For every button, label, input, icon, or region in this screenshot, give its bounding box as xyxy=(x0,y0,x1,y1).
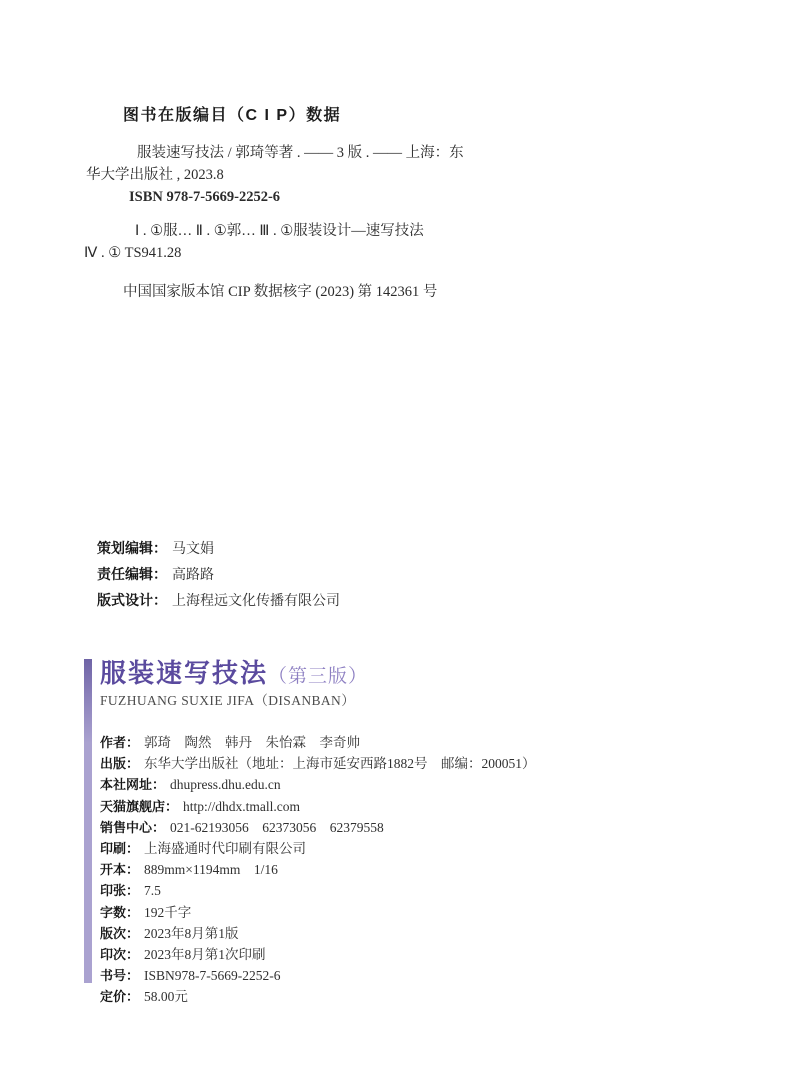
row-value: http://dhdx.tmall.com xyxy=(183,799,300,814)
row-value: 7.5 xyxy=(144,883,161,898)
row-label: 印次： xyxy=(100,947,139,962)
cip-isbn-line: ISBN 978-7-5669-2252-6 xyxy=(84,186,504,208)
row-value: 021-62193056 62373056 62379558 xyxy=(170,820,384,835)
editor-row-planning: 策划编辑：马文娟 xyxy=(97,536,340,562)
cip-record-number-line: 中国国家版本馆 CIP 数据核字 (2023) 第 142361 号 xyxy=(84,281,504,303)
row-label: 作者： xyxy=(100,735,139,750)
row-value: 889mm×1194mm 1/16 xyxy=(144,862,278,877)
editor-value: 上海程远文化传播有限公司 xyxy=(172,594,340,609)
row-label: 书号： xyxy=(100,968,139,983)
colophon-row-format: 开本：889mm×1194mm 1/16 xyxy=(100,859,724,880)
row-value: 郭琦 陶然 韩丹 朱怡霖 李奇帅 xyxy=(144,735,360,750)
row-value: ISBN978-7-5669-2252-6 xyxy=(144,968,281,983)
book-title-edition: （第三版） xyxy=(268,666,368,687)
row-label: 字数： xyxy=(100,905,139,920)
colophon-row-isbn: 书号：ISBN978-7-5669-2252-6 xyxy=(100,965,724,986)
editor-label: 责任编辑： xyxy=(97,566,167,582)
editor-label: 策划编辑： xyxy=(97,540,167,556)
row-label: 本社网址： xyxy=(100,777,165,792)
row-label: 印张： xyxy=(100,883,139,898)
colophon-block: 服装速写技法（第三版） FUZHUANG SUXIE JIFA（DISANBAN… xyxy=(84,653,724,1008)
editors-block: 策划编辑：马文娟 责任编辑：高路路 版式设计：上海程远文化传播有限公司 xyxy=(97,536,340,614)
row-value: 2023年8月第1次印刷 xyxy=(144,947,266,962)
row-label: 销售中心： xyxy=(100,820,165,835)
editor-value: 高路路 xyxy=(172,568,214,583)
cip-catalog-line-1: 服装速写技法 / 郭琦等著 . —— 3 版 . —— 上海：东 xyxy=(84,142,504,164)
row-label: 天猫旗舰店： xyxy=(100,799,178,814)
row-label: 出版： xyxy=(100,756,139,771)
row-label: 开本： xyxy=(100,862,139,877)
cip-class-line-1: Ⅰ . ①服… Ⅱ . ①郭… Ⅲ . ①服装设计—速写技法 xyxy=(84,220,504,242)
colophon-row-tmall-store: 天猫旗舰店：http://dhdx.tmall.com xyxy=(100,796,724,817)
row-value: 58.00元 xyxy=(144,989,188,1004)
colophon-row-sales-center: 销售中心：021-62193056 62373056 62379558 xyxy=(100,817,724,838)
book-copyright-page: 图书在版编目（C I P）数据 服装速写技法 / 郭琦等著 . —— 3 版 .… xyxy=(0,0,800,1085)
colophon-body: 服装速写技法（第三版） FUZHUANG SUXIE JIFA（DISANBAN… xyxy=(100,653,724,1008)
row-label: 印刷： xyxy=(100,841,139,856)
row-label: 定价： xyxy=(100,989,139,1004)
cip-data-block: 图书在版编目（C I P）数据 服装速写技法 / 郭琦等著 . —— 3 版 .… xyxy=(84,102,504,303)
editor-label: 版式设计： xyxy=(97,592,167,608)
row-label: 版次： xyxy=(100,926,139,941)
book-title: 服装速写技法 xyxy=(100,658,268,688)
editor-row-layout-design: 版式设计：上海程远文化传播有限公司 xyxy=(97,588,340,614)
colophon-row-word-count: 字数：192千字 xyxy=(100,902,724,923)
colophon-row-publisher: 出版：东华大学出版社（地址：上海市延安西路1882号 邮编：200051） xyxy=(100,753,724,774)
row-value: 上海盛通时代印刷有限公司 xyxy=(144,841,306,856)
colophon-row-edition: 版次：2023年8月第1版 xyxy=(100,923,724,944)
colophon-row-website: 本社网址：dhupress.dhu.edu.cn xyxy=(100,774,724,795)
book-title-line: 服装速写技法（第三版） xyxy=(100,653,724,686)
book-title-pinyin: FUZHUANG SUXIE JIFA（DISANBAN） xyxy=(100,689,724,709)
purple-accent-bar xyxy=(84,659,92,983)
colophon-row-printing: 印次：2023年8月第1次印刷 xyxy=(100,944,724,965)
row-value: 192千字 xyxy=(144,905,191,920)
colophon-rows: 作者：郭琦 陶然 韩丹 朱怡霖 李奇帅 出版：东华大学出版社（地址：上海市延安西… xyxy=(100,732,724,1008)
row-value: 东华大学出版社（地址：上海市延安西路1882号 邮编：200051） xyxy=(144,756,536,771)
cip-class-line-2: Ⅳ . ① TS941.28 xyxy=(84,242,504,264)
colophon-row-authors: 作者：郭琦 陶然 韩丹 朱怡霖 李奇帅 xyxy=(100,732,724,753)
cip-catalog-line-2: 华大学出版社 , 2023.8 xyxy=(84,164,504,186)
row-value: dhupress.dhu.edu.cn xyxy=(170,777,281,792)
editor-row-responsible: 责任编辑：高路路 xyxy=(97,562,340,588)
colophon-row-price: 定价：58.00元 xyxy=(100,986,724,1007)
cip-heading: 图书在版编目（C I P）数据 xyxy=(84,102,504,125)
row-value: 2023年8月第1版 xyxy=(144,926,239,941)
colophon-row-sheets: 印张：7.5 xyxy=(100,880,724,901)
colophon-row-printer: 印刷：上海盛通时代印刷有限公司 xyxy=(100,838,724,859)
editor-value: 马文娟 xyxy=(172,542,214,557)
